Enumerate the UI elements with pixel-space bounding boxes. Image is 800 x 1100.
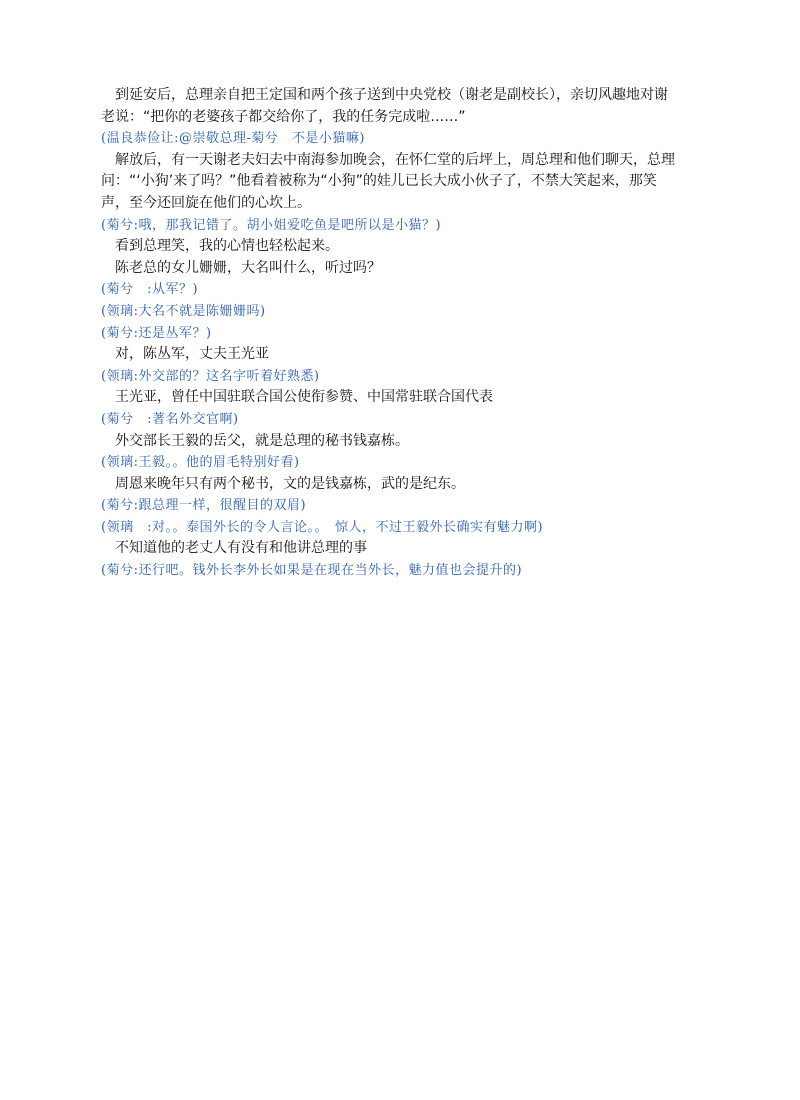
comment-juxi-diplomat: (菊兮 :著名外交官啊) [101, 409, 681, 431]
comment-lingli-name: (领璃:大名不就是陈姗姗吗) [101, 301, 681, 323]
comment-lingli-thai: (领璃 :对。。泰国外长的令人言论。。 惊人，不过王毅外长确实有魅力啊) [101, 517, 681, 539]
comment-juxi-congjun: (菊兮 :从军？) [101, 279, 681, 301]
paragraph-father-in-law: 不知道他的老丈人有没有和他讲总理的事 [101, 538, 681, 560]
comment-juxi-still: (菊兮:还是丛军？) [101, 323, 681, 345]
comment-juxi-cat: (菊兮:哦，那我记错了。胡小姐爱吃鱼是吧所以是小猫？) [101, 215, 681, 237]
paragraph-yanan: 到延安后，总理亲自把王定国和两个孩子送到中央党校（谢老是副校长），亲切风趣地对谢… [101, 85, 681, 128]
paragraph-premier-laugh: 看到总理笑，我的心情也轻松起来。 [101, 236, 681, 258]
paragraph-chen-daughter: 陈老总的女儿姗姗，大名叫什么，听过吗？ [101, 258, 681, 280]
comment-wenliang: (温良恭俭让:@崇敬总理-菊兮 不是小猫嘛) [101, 128, 681, 150]
comment-lingli-foreign-ministry: (领璃:外交部的？这名字听着好熟悉) [101, 366, 681, 388]
document-page: 到延安后，总理亲自把王定国和两个孩子送到中央党校（谢老是副校长），亲切风趣地对谢… [101, 85, 681, 582]
comment-juxi-charm: (菊兮:还行吧。钱外长李外长如果是在现在当外长，魅力值也会提升的) [101, 560, 681, 582]
paragraph-liberation: 解放后，有一天谢老夫妇去中南海参加晚会，在怀仁堂的后坪上，周总理和他们聊天，总理… [101, 150, 681, 215]
comment-juxi-brows: (菊兮:跟总理一样，很醒目的双眉) [101, 495, 681, 517]
paragraph-husband: 对，陈丛军，丈夫王光亚 [101, 344, 681, 366]
paragraph-secretaries: 周恩来晚年只有两个秘书，文的是钱嘉栋，武的是纪东。 [101, 474, 681, 496]
comment-lingli-eyebrows: (领璃:王毅。。他的眉毛特别好看) [101, 452, 681, 474]
paragraph-wang-yi: 外交部长王毅的岳父，就是总理的秘书钱嘉栋。 [101, 431, 681, 453]
paragraph-wang-guangya: 王光亚，曾任中国驻联合国公使衔参赞、中国常驻联合国代表 [101, 387, 681, 409]
